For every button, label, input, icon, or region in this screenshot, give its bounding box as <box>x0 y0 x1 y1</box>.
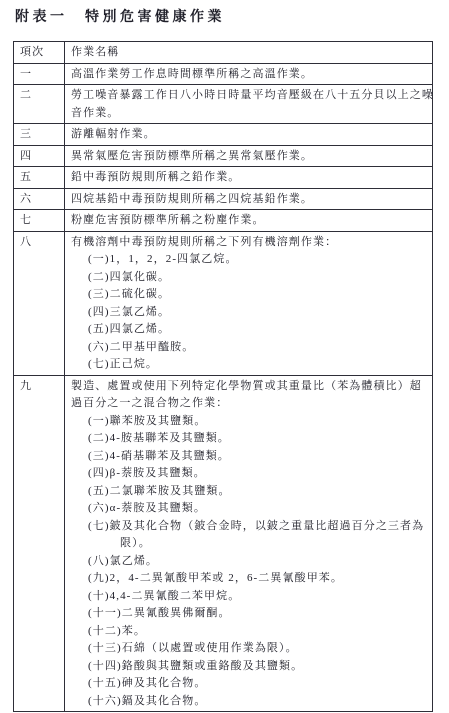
text-line: (一)聯苯胺及其鹽類。 <box>71 413 430 431</box>
table-row: 八有機溶劑中毒預防規則所稱之下列有機溶劑作業：(一)1，1，2，2-四氯乙烷。(… <box>14 231 433 375</box>
text-line: (十二)苯。 <box>71 623 430 641</box>
table-row: 四異常氣壓危害預防標準所稱之異常氣壓作業。 <box>14 145 433 167</box>
text-line: (十三)石綿（以處置或使用作業為限）。 <box>71 640 430 658</box>
table-row: 七粉塵危害預防標準所稱之粉塵作業。 <box>14 210 433 232</box>
table-header-row: 項次 作業名稱 <box>14 42 433 64</box>
text-line: (七)鈹及其化合物（鈹合金時，以鈹之重量比超過百分之三者為 <box>71 518 430 536</box>
text-line: (十)4,4-二異氰酸二苯甲烷。 <box>71 588 430 606</box>
text-line: (八)氯乙烯。 <box>71 553 430 571</box>
text-line: 製造、處置或使用下列特定化學物質或其重量比（苯為體積比）超 <box>71 378 430 396</box>
text-line: (三)二硫化碳。 <box>71 286 430 304</box>
row-operation-name: 有機溶劑中毒預防規則所稱之下列有機溶劑作業：(一)1，1，2，2-四氯乙烷。(二… <box>65 231 433 375</box>
text-line: (六)α-萘胺及其鹽類。 <box>71 500 430 518</box>
text-line: 游離輻射作業。 <box>71 126 430 144</box>
hazard-operations-table: 項次 作業名稱 一高溫作業勞工作息時間標準所稱之高溫作業。二勞工噪音暴露工作日八… <box>13 41 433 712</box>
page-title: 附表一 特別危害健康作業 <box>0 0 449 28</box>
row-operation-name: 勞工噪音暴露工作日八小時日時量平均音壓級在八十五分貝以上之噪音作業。 <box>65 85 433 124</box>
table-row: 六四烷基鉛中毒預防規則所稱之四烷基鉛作業。 <box>14 188 433 210</box>
text-line: (十四)鉻酸與其鹽類或重鉻酸及其鹽類。 <box>71 658 430 676</box>
text-line: 勞工噪音暴露工作日八小時日時量平均音壓級在八十五分貝以上之噪 <box>71 87 430 105</box>
row-item-number: 九 <box>14 375 65 712</box>
table-row: 三游離輻射作業。 <box>14 124 433 146</box>
text-line: 高溫作業勞工作息時間標準所稱之高溫作業。 <box>71 66 430 84</box>
table-body: 一高溫作業勞工作息時間標準所稱之高溫作業。二勞工噪音暴露工作日八小時日時量平均音… <box>14 63 433 712</box>
text-line: 鉛中毒預防規則所稱之鉛作業。 <box>71 169 430 187</box>
text-line: (五)二氯聯苯胺及其鹽類。 <box>71 483 430 501</box>
row-operation-name: 高溫作業勞工作息時間標準所稱之高溫作業。 <box>65 63 433 85</box>
text-line: (十一)二異氰酸異佛爾酮。 <box>71 605 430 623</box>
row-operation-name: 製造、處置或使用下列特定化學物質或其重量比（苯為體積比）超過百分之一之混合物之作… <box>65 375 433 712</box>
row-item-number: 二 <box>14 85 65 124</box>
document-page: 附表一 特別危害健康作業 項次 作業名稱 一高溫作業勞工作息時間標準所稱之高溫作… <box>0 0 449 713</box>
text-line: (十六)鎘及其化合物。 <box>71 693 430 711</box>
column-header-operation-name: 作業名稱 <box>65 42 433 64</box>
row-item-number: 八 <box>14 231 65 375</box>
table-row: 二勞工噪音暴露工作日八小時日時量平均音壓級在八十五分貝以上之噪音作業。 <box>14 85 433 124</box>
text-line: (九)2，4-二異氰酸甲苯或 2，6-二異氰酸甲苯。 <box>71 570 430 588</box>
row-item-number: 一 <box>14 63 65 85</box>
text-line: (十五)砷及其化合物。 <box>71 675 430 693</box>
row-item-number: 五 <box>14 167 65 189</box>
table-row: 九製造、處置或使用下列特定化學物質或其重量比（苯為體積比）超過百分之一之混合物之… <box>14 375 433 712</box>
text-line: 粉塵危害預防標準所稱之粉塵作業。 <box>71 212 430 230</box>
text-line: (一)1，1，2，2-四氯乙烷。 <box>71 251 430 269</box>
text-line: 限）。 <box>71 535 430 553</box>
text-line: (六)二甲基甲醯胺。 <box>71 339 430 357</box>
text-line: (四)β-萘胺及其鹽類。 <box>71 465 430 483</box>
text-line: (四)三氯乙烯。 <box>71 304 430 322</box>
column-header-item-no: 項次 <box>14 42 65 64</box>
row-operation-name: 粉塵危害預防標準所稱之粉塵作業。 <box>65 210 433 232</box>
row-operation-name: 異常氣壓危害預防標準所稱之異常氣壓作業。 <box>65 145 433 167</box>
row-item-number: 七 <box>14 210 65 232</box>
text-line: (二)四氯化碳。 <box>71 269 430 287</box>
text-line: (三)4-硝基聯苯及其鹽類。 <box>71 448 430 466</box>
row-item-number: 三 <box>14 124 65 146</box>
row-operation-name: 游離輻射作業。 <box>65 124 433 146</box>
text-line: 四烷基鉛中毒預防規則所稱之四烷基鉛作業。 <box>71 191 430 209</box>
text-line: 異常氣壓危害預防標準所稱之異常氣壓作業。 <box>71 148 430 166</box>
row-operation-name: 鉛中毒預防規則所稱之鉛作業。 <box>65 167 433 189</box>
row-operation-name: 四烷基鉛中毒預防規則所稱之四烷基鉛作業。 <box>65 188 433 210</box>
text-line: (五)四氯乙烯。 <box>71 321 430 339</box>
table-row: 五鉛中毒預防規則所稱之鉛作業。 <box>14 167 433 189</box>
table-row: 一高溫作業勞工作息時間標準所稱之高溫作業。 <box>14 63 433 85</box>
row-item-number: 六 <box>14 188 65 210</box>
text-line: (七)正己烷。 <box>71 356 430 374</box>
row-item-number: 四 <box>14 145 65 167</box>
text-line: 過百分之一之混合物之作業： <box>71 395 430 413</box>
text-line: 有機溶劑中毒預防規則所稱之下列有機溶劑作業： <box>71 234 430 252</box>
text-line: 音作業。 <box>71 105 430 123</box>
text-line: (二)4-胺基聯苯及其鹽類。 <box>71 430 430 448</box>
